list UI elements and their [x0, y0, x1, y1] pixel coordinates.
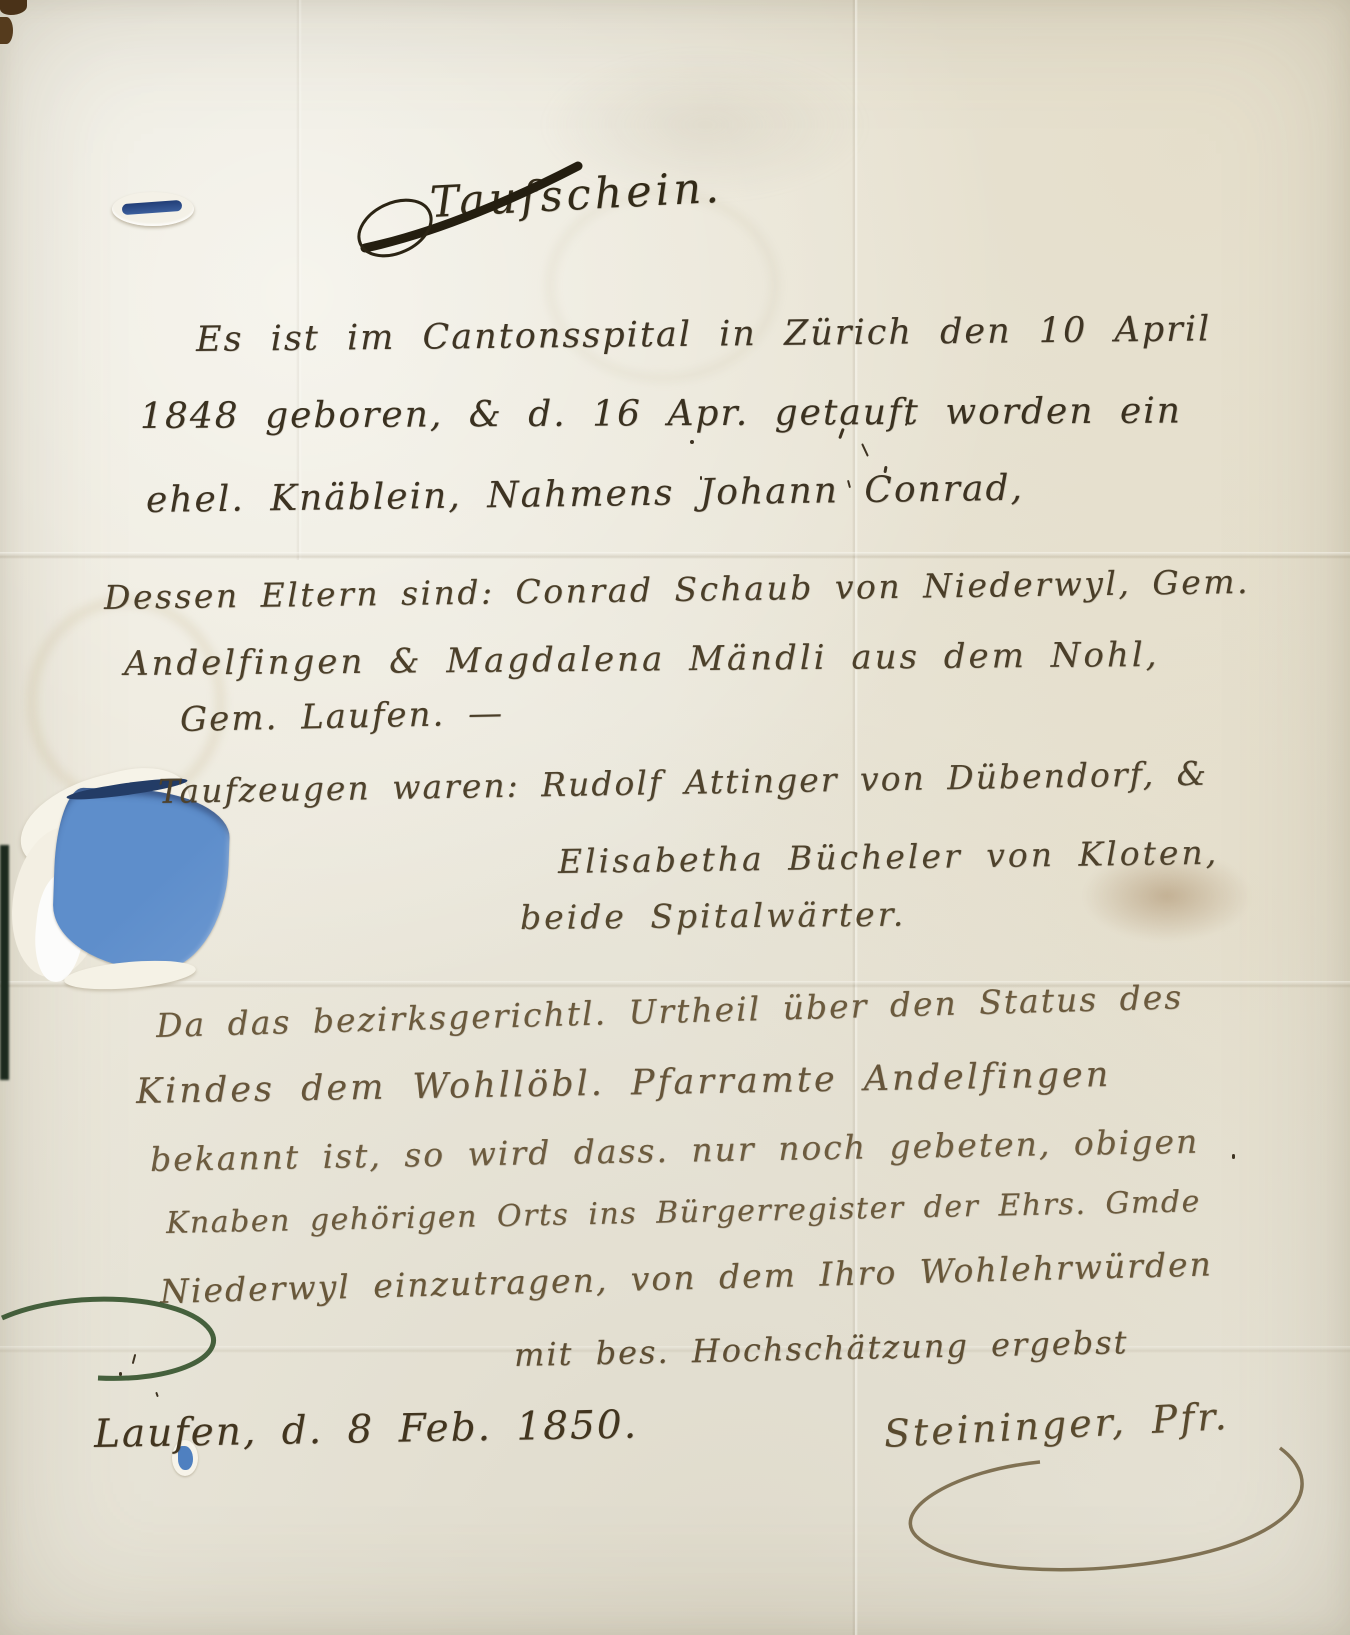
handwritten-line: ehel. Knäblein, Nahmens Johann Conrad, [146, 468, 1025, 521]
handwritten-line: Andelfingen & Magdalena Mändli aus dem N… [124, 635, 1160, 684]
ink-speck [690, 440, 694, 444]
ink-speck [119, 1372, 122, 1376]
handwritten-line: beide Spitalwärter. [520, 895, 907, 937]
handwritten-line: Taufzeugen waren: Rudolf Attinger von Dü… [158, 754, 1209, 811]
corner-mark [0, 0, 27, 15]
blue-backing-paper [51, 787, 231, 973]
handwritten-line: Niederwyl einzutragen, von dem Ihro Wohl… [159, 1244, 1213, 1311]
corner-mark [0, 17, 13, 44]
handwritten-line: 1848 geboren, & d. 16 Apr. getauft worde… [140, 391, 1182, 437]
handwritten-line: Kindes dem Wohllöbl. Pfarramte Andelfing… [136, 1055, 1112, 1112]
title-flourish-loop [350, 189, 440, 266]
handwritten-line: Es ist im Cantonsspital in Zürich den 10… [196, 309, 1212, 360]
closing-line: mit bes. Hochschätzung ergebst [514, 1323, 1129, 1374]
handwritten-line: bekannt ist, so wird dass. nur noch gebe… [150, 1122, 1200, 1179]
handwritten-line: Elisabetha Bücheler von Kloten, [558, 833, 1220, 881]
ink-speck [155, 1392, 159, 1397]
ink-speck [1232, 1154, 1235, 1159]
handwritten-line: Da das bezirksgerichtl. Urtheil über den… [155, 977, 1183, 1045]
ink-speck [861, 443, 869, 457]
signature: Steininger, Pfr. [883, 1394, 1231, 1456]
handwritten-line: Gem. Laufen. — [180, 693, 505, 740]
fold-crease-horizontal [0, 552, 1350, 559]
handwritten-line: Dessen Eltern sind: Conrad Schaub von Ni… [104, 562, 1251, 617]
fold-crease-vertical [296, 0, 302, 560]
fold-crease-vertical [852, 0, 858, 1635]
date-line: Laufen, d. 8 Feb. 1850. [94, 1403, 639, 1457]
signature-flourish [910, 1448, 1302, 1570]
ink-speck [700, 476, 702, 480]
document-title: Taufschein. [429, 163, 724, 228]
torn-fray-edge [63, 956, 197, 993]
scan-edge-dark-sliver [0, 845, 9, 1080]
ink-speck [132, 1354, 137, 1364]
scanned-document: Taufschein. Es ist im Cantonsspital in Z… [0, 0, 1350, 1635]
plant-stem-mark [2, 1299, 214, 1378]
handwritten-line: Knaben gehörigen Orts ins Bürgerregister… [166, 1184, 1202, 1241]
